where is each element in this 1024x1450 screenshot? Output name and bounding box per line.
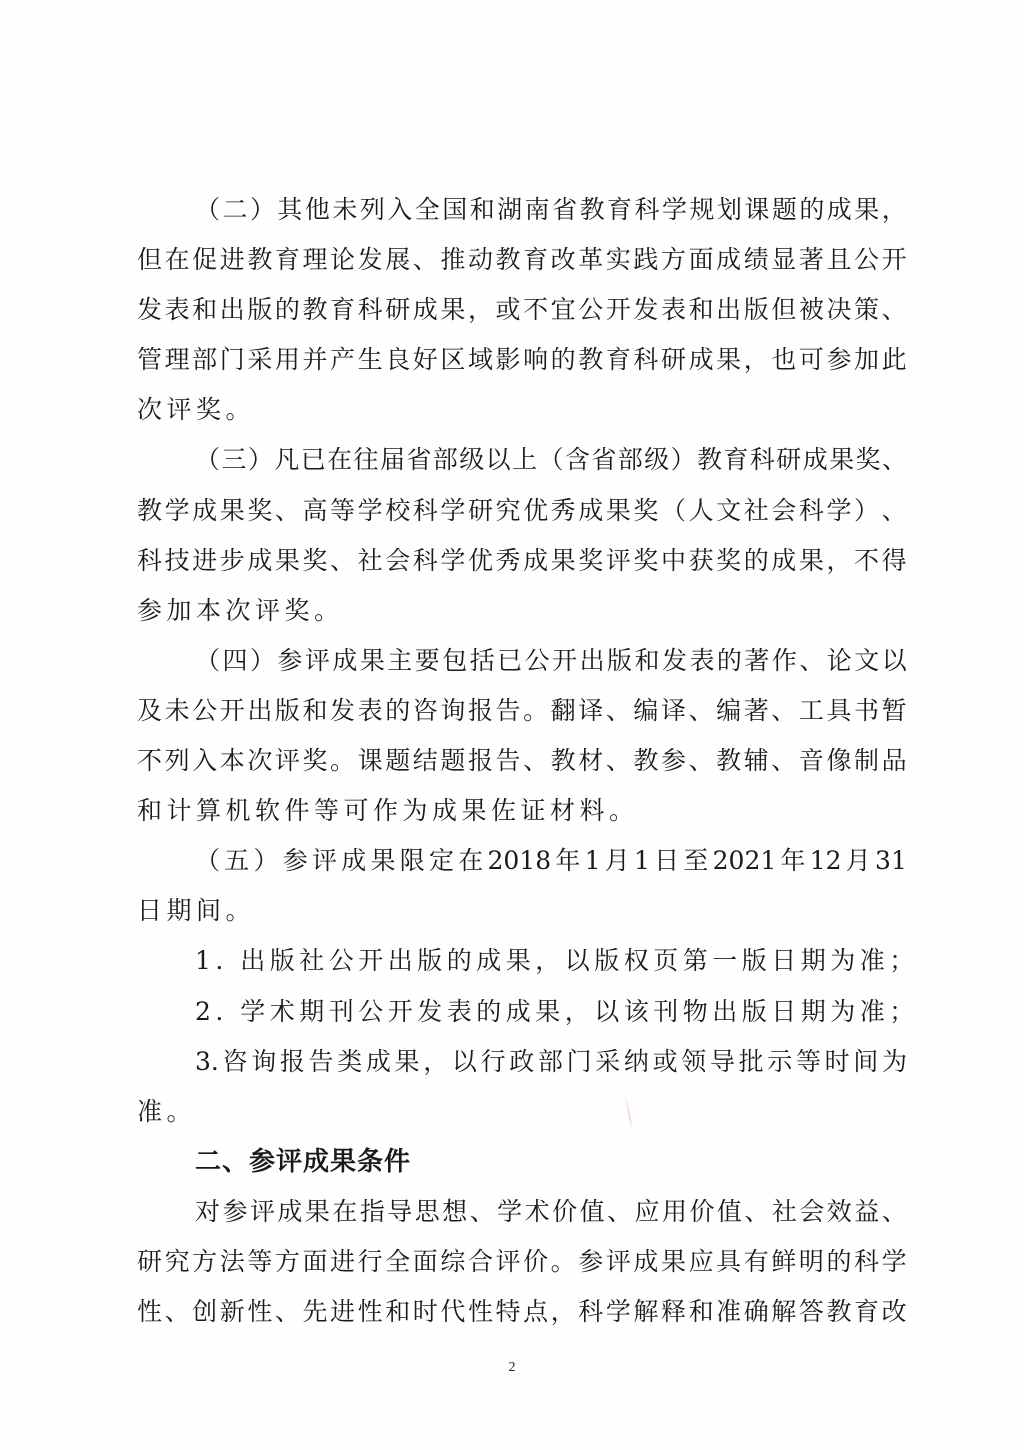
text-line: 但在促进教育理论发展、推动教育改革实践方面成绩显著且公开 — [137, 235, 907, 285]
text-line: 3.咨询报告类成果，以行政部门采纳或领导批示等时间为 — [137, 1037, 907, 1087]
section-heading: 二、参评成果条件 — [137, 1137, 907, 1187]
text-line: 对参评成果在指导思想、学术价值、应用价值、社会效益、 — [137, 1187, 907, 1237]
text-line: 准。 — [137, 1087, 907, 1137]
text-line: 科技进步成果奖、社会科学优秀成果奖评奖中获奖的成果，不得 — [137, 536, 907, 586]
text-line: 研究方法等方面进行全面综合评价。参评成果应具有鲜明的科学 — [137, 1237, 907, 1287]
text-line: 管理部门采用并产生良好区域影响的教育科研成果，也可参加此 — [137, 335, 907, 385]
text-line: 性、创新性、先进性和时代性特点，科学解释和准确解答教育改 — [137, 1287, 907, 1337]
document-body: （二）其他未列入全国和湖南省教育科学规划课题的成果，但在促进教育理论发展、推动教… — [137, 185, 907, 1337]
text-line: 及未公开出版和发表的咨询报告。翻译、编译、编著、工具书暂 — [137, 686, 907, 736]
text-line: 教学成果奖、高等学校科学研究优秀成果奖（人文社会科学）、 — [137, 486, 907, 536]
text-line: 不列入本次评奖。课题结题报告、教材、教参、教辅、音像制品 — [137, 736, 907, 786]
text-line: 日期间。 — [137, 886, 907, 936]
text-line: （二）其他未列入全国和湖南省教育科学规划课题的成果， — [137, 185, 907, 235]
text-line: 2. 学术期刊公开发表的成果，以该刊物出版日期为准； — [137, 987, 907, 1037]
page-number: 2 — [0, 1360, 1024, 1376]
document-page: （二）其他未列入全国和湖南省教育科学规划课题的成果，但在促进教育理论发展、推动教… — [0, 0, 1024, 1450]
text-line: 参加本次评奖。 — [137, 586, 907, 636]
text-line: （三）凡已在往届省部级以上（含省部级）教育科研成果奖、 — [137, 435, 907, 485]
text-line: 和计算机软件等可作为成果佐证材料。 — [137, 786, 907, 836]
text-line: （五）参评成果限定在2018年1月1日至2021年12月31 — [137, 836, 907, 886]
text-line: 1. 出版社公开出版的成果，以版权页第一版日期为准； — [137, 936, 907, 986]
text-line: 发表和出版的教育科研成果，或不宜公开发表和出版但被决策、 — [137, 285, 907, 335]
text-line: （四）参评成果主要包括已公开出版和发表的著作、论文以 — [137, 636, 907, 686]
text-line: 次评奖。 — [137, 385, 907, 435]
